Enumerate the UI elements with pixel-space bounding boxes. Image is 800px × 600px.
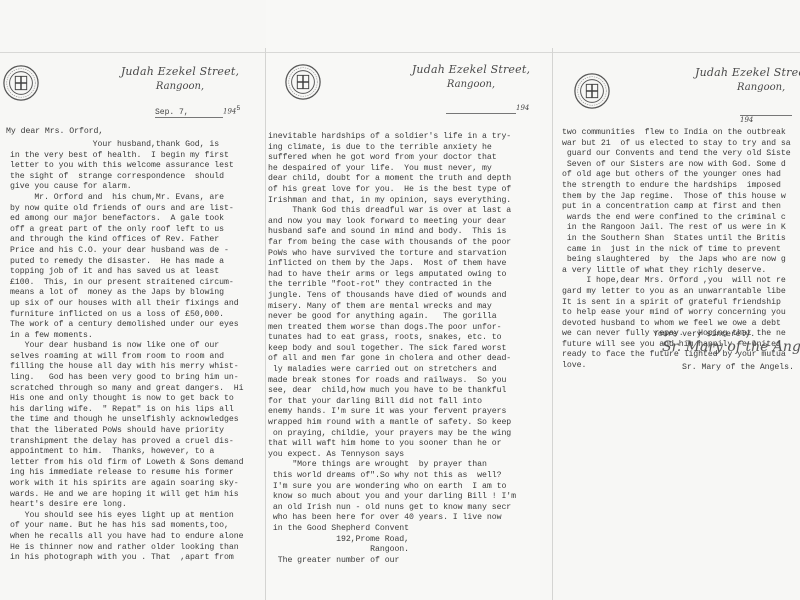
year-prefix: 194 [223, 108, 236, 116]
text-line: The work of a century demolished under o… [10, 320, 243, 331]
text-line: wards. He and we are hoping it will get … [10, 490, 243, 501]
text-line: of your name. But he has his sad moments… [10, 521, 243, 532]
text-line: ling. God has been very good to bring hi… [10, 373, 243, 384]
text-line: being slaughtered by the Japs who are no… [562, 255, 791, 266]
text-line: up six of our houses with all their fixi… [10, 299, 243, 310]
letter-page-2: Judah Ezekel Street, Rangoon, 194 inevit… [266, 0, 542, 600]
text-line: inflicted on them by the Japs. Most of t… [268, 259, 516, 270]
text-line: his darling wife. " Repat" is on his lip… [10, 405, 243, 416]
text-line: that the liberated PoWs should have prio… [10, 426, 243, 437]
text-line: jungle. Tens of thousands have died of w… [268, 291, 516, 302]
text-line: letter to you with this welcome assuranc… [10, 161, 243, 172]
text-line: you expect. As Tennyson says [268, 450, 516, 461]
text-line: of old age but others of the younger one… [562, 170, 791, 181]
text-line: ing his immediate release to resume his … [10, 468, 243, 479]
text-line: men treated them worse than dogs.The poo… [268, 323, 516, 334]
text-line: see, dear child,how much you have to be … [268, 386, 516, 397]
text-line: when he recalls all you have had to endu… [10, 532, 243, 543]
text-line: them by the Jap regime. Those of this ho… [562, 192, 791, 203]
text-line: and through the kind offices of Rev. Fat… [10, 235, 243, 246]
text-line: scratched through so many and great dang… [10, 384, 243, 395]
letterhead-street: Judah Ezekel Street, [110, 65, 250, 78]
text-line: misery. Many of them are mental wrecks a… [268, 302, 516, 313]
text-line: Rangoon. [268, 545, 516, 556]
text-line: put in a concentration camp at first and… [562, 202, 791, 213]
salutation: My dear Mrs. Orford, [6, 127, 103, 138]
page-fold-line [266, 52, 542, 53]
text-line: topping job of it and has saved us at le… [10, 267, 243, 278]
letterhead-city: Rangoon, [401, 79, 541, 90]
text-line: had to have their arms or legs amputated… [268, 270, 516, 281]
letter-date: Sep. 7,1945 [155, 104, 240, 118]
text-line: His one and only thought is now to get b… [10, 394, 243, 405]
text-line: gard my letter to you as an unwarrantabl… [562, 287, 791, 298]
text-line: PoWs who have survived the torture and s… [268, 249, 516, 260]
letterhead-city: Rangoon, [110, 81, 250, 92]
text-line: know so much about you and your darling … [268, 492, 516, 503]
text-line: made break stones for roads and railways… [268, 376, 516, 387]
text-line: filling the house all day with his merry… [10, 362, 243, 373]
text-line: for that your darling Bill did not fall … [268, 397, 516, 408]
text-line: I hope,dear Mrs. Orford ,you will not re [562, 276, 791, 287]
text-line: heart's desire ere long. [10, 500, 243, 511]
text-line: ly maladies were carried out on stretche… [268, 365, 516, 376]
text-line: You should see his eyes light up at ment… [10, 511, 243, 522]
page-edge [552, 48, 553, 600]
letter-date: 194 [446, 104, 529, 114]
text-line: letter from his old firm of Loweth & Son… [10, 458, 243, 469]
text-line: in the very best of health. I begin my f… [10, 151, 243, 162]
text-line: He is thinner now and rather older looki… [10, 543, 243, 554]
text-line: Irishman and that, in my opinion, says e… [268, 196, 516, 207]
text-line: selves roaming at will from room to room… [10, 352, 243, 363]
text-line: I'm sure you are wondering who on earth … [268, 482, 516, 493]
text-line: far from being the case with thousands o… [268, 238, 516, 249]
text-line: Your dear husband is now like one of our [10, 341, 243, 352]
text-line: guard our Convents and tend the very old… [562, 149, 791, 160]
text-line: two communities flew to India on the out… [562, 128, 791, 139]
convent-crest-icon [573, 72, 611, 110]
text-line: by now quite old friends of ours and are… [10, 204, 243, 215]
text-line: 192,Prome Road, [268, 535, 516, 546]
text-line: came in just in the nick of time to prev… [562, 245, 791, 256]
text-line: on praying, childie, your prayers may be… [268, 429, 516, 440]
text-line: ed among our major benefactors. A gale t… [10, 214, 243, 225]
text-line: who has been here for over 40 years. I l… [268, 513, 516, 524]
text-line: enemy hands. I'm sure it was your ferven… [268, 407, 516, 418]
text-line: in his photograph with you . That ,apart… [10, 553, 243, 564]
text-line: ing climate, is due to the terrible anxi… [268, 143, 516, 154]
text-line: It is sent in a spirit of grateful frien… [562, 298, 791, 309]
text-line: means a lot of money as the Japs by blow… [10, 288, 243, 299]
text-line: tunates had to eat grass, roots, snakes,… [268, 333, 516, 344]
letter-body-page-2: inevitable hardships of a soldier's life… [268, 132, 516, 566]
convent-crest-icon [284, 63, 322, 101]
text-line: work with it his spirits are again soari… [10, 479, 243, 490]
year-prefix: 194 [516, 104, 529, 112]
typed-signature: Sr. Mary of the Angels. [682, 363, 794, 374]
text-line: wrapped him round with a mantle of safet… [268, 418, 516, 429]
text-line: dear child, doubt for a moment the truth… [268, 174, 516, 185]
letterhead-city: Rangoon, [695, 82, 800, 93]
text-line: £100. This, in our present straitened ci… [10, 278, 243, 289]
letter-page-3: Judah Ezekel Street, Rangoon, 194 two co… [540, 0, 800, 600]
text-line: keep body and soul together. The sick fa… [268, 344, 516, 355]
handwritten-signature: Sr. Mary of the Ang [662, 339, 800, 355]
letterhead-street: Judah Ezekel Street, [695, 66, 800, 79]
text-line: and now you may look forward to meeting … [268, 217, 516, 228]
year-suffix: 5 [236, 104, 240, 112]
text-line: in the Good Shepherd Convent [268, 524, 516, 535]
text-line: the strength to endure the hardships imp… [562, 181, 791, 192]
letterhead-street: Judah Ezekel Street, [401, 63, 541, 76]
text-line: in a few moments. [10, 331, 243, 342]
text-line: give you cause for alarm. [10, 182, 243, 193]
year-prefix: 194 [740, 116, 753, 124]
text-line: the sight of strange correspondence shou… [10, 172, 243, 183]
text-line: he despaired of your life. You must neve… [268, 164, 516, 175]
text-line: in the Rangoon Jail. The rest of us were… [562, 223, 791, 234]
date-text: Sep. 7, [155, 108, 189, 117]
text-line: appointment to him. Thanks, however, to … [10, 447, 243, 458]
letterhead-address: Judah Ezekel Street, Rangoon, [401, 63, 541, 90]
text-line: of his great love for you. He is the bes… [268, 185, 516, 196]
text-line: in the Southern Shan States until the Br… [562, 234, 791, 245]
page-fold-line [0, 52, 268, 53]
text-line: The greater number of our [268, 556, 516, 567]
text-line: furniture inflicted on us a loss of £50,… [10, 310, 243, 321]
letterhead-address: Judah Ezekel Street, Rangoon, [110, 65, 250, 92]
letter-date: 194 [740, 106, 800, 125]
text-line: an old Irish nun - old nuns get to know … [268, 503, 516, 514]
text-line: never be good for anything again. The go… [268, 312, 516, 323]
text-line: that will waft him home to you sooner th… [268, 439, 516, 450]
text-line: Price and his C.O. your dear husband was… [10, 246, 243, 257]
text-line: puted to remedy the disaster. He has mad… [10, 257, 243, 268]
text-line: Seven of our Sisters are now with God. S… [562, 160, 791, 171]
text-line: devoted husband to whom we feel we owe a… [562, 319, 791, 330]
text-line: war but 21 of us elected to stay to try … [562, 139, 791, 150]
letter-body-page-1: Your husband,thank God, isin the very be… [10, 140, 243, 564]
text-line: "More things are wrought by prayer than [268, 460, 516, 471]
letterhead-address: Judah Ezekel Street, Rangoon, [695, 66, 800, 93]
text-line: inevitable hardships of a soldier's life… [268, 132, 516, 143]
letter-page-1: Judah Ezekel Street, Rangoon, Sep. 7,194… [0, 0, 268, 600]
text-line: husband safe and sound in mind and body.… [268, 227, 516, 238]
text-line: the time and though he unselfishly ackno… [10, 415, 243, 426]
text-line: this world dreams of".So why not this as… [268, 471, 516, 482]
text-line: wards the end were confined to the crimi… [562, 213, 791, 224]
text-line: of all and men far gone in cholera and o… [268, 354, 516, 365]
text-line: the terrible "foot-rot" they contracted … [268, 280, 516, 291]
page-fold-line [540, 52, 800, 53]
text-line: transhipment the delay has proved a crue… [10, 437, 243, 448]
text-line: suffered when he got word from your doct… [268, 153, 516, 164]
convent-crest-icon [2, 64, 40, 102]
text-line: to help ease your mind of worry concerni… [562, 308, 791, 319]
text-line: off a great part of the only roof left t… [10, 225, 243, 236]
text-line: Thank God this dreadful war is over at l… [268, 206, 516, 217]
text-line: Your husband,thank God, is [10, 140, 243, 151]
text-line: Mr. Orford and his chum,Mr. Evans, are [10, 193, 243, 204]
text-line: a very little of what they richly deserv… [562, 266, 791, 277]
